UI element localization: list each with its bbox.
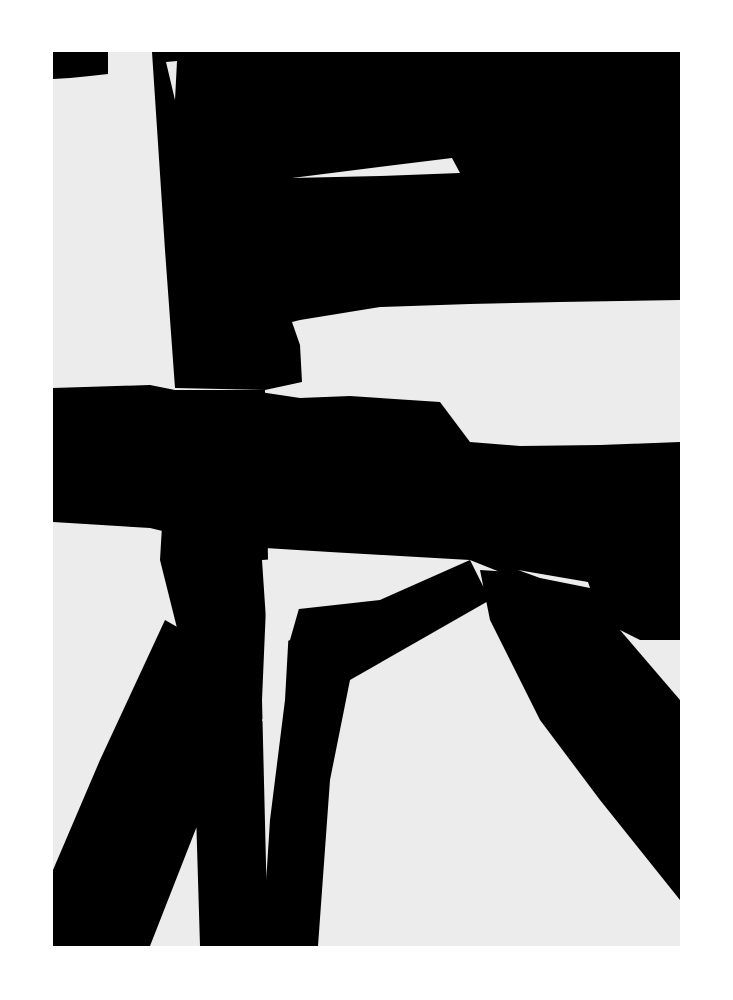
abstract-painting — [53, 52, 680, 946]
artwork-print: Abstract black brushstroke composition — [53, 52, 680, 946]
